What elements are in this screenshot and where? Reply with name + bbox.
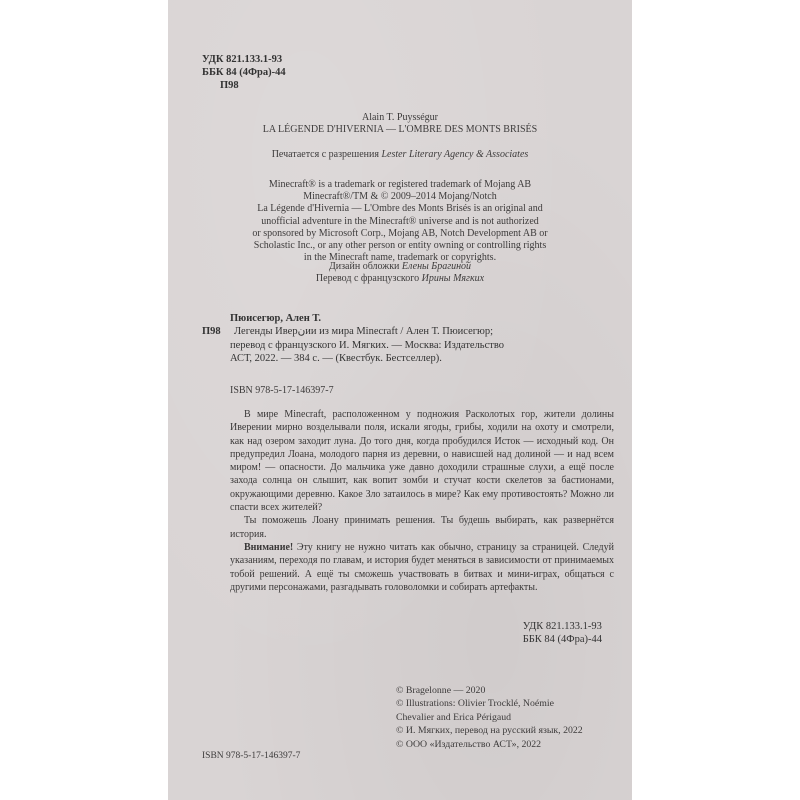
permission-prefix: Печатается с разрешения [272, 149, 382, 160]
trademark-line: Minecraft®/TM & © 2009–2014 Mojang/Notch [196, 191, 604, 203]
copyright-line: Chevalier and Erica Périgaud [396, 711, 616, 724]
catalog-line: перевод с французского И. Мягких. — Моск… [202, 339, 614, 352]
trademark-line: Scholastic Inc., or any other person or … [196, 240, 604, 252]
book-imprint-page: УДК 821.133.1-93 ББК 84 (4Фра)-44 П98 Al… [168, 0, 632, 800]
catalog-row: П98 Легенды Иверنии из мира Minecraft / … [202, 325, 614, 338]
catalog-index: П98 [202, 325, 230, 338]
bbk-code: ББК 84 (4Фра)-44 [523, 633, 602, 646]
udk-code: УДК 821.133.1-93 [523, 620, 602, 633]
permission-agency: Lester Literary Agency & Associates [381, 149, 528, 160]
trademark-notice: Minecraft® is a trademark or registered … [196, 179, 604, 264]
annotation-paragraph: Внимание! Эту книгу не нужно читать как … [230, 541, 614, 594]
catalog-record: Пюисегюр, Ален Т. П98 Легенды Иверنии из… [202, 312, 614, 366]
cover-design-label: Дизайн обложки [329, 261, 402, 272]
cover-design-credit: Дизайн обложки Елены Брагиной [168, 261, 632, 273]
copyright-line: © ООО «Издательство АСТ», 2022 [396, 738, 616, 751]
bbk-code: ББК 84 (4Фра)-44 [202, 66, 286, 79]
copyright-line: © Illustrations: Olivier Trocklé, Noémie [396, 697, 616, 710]
original-title-block: Alain T. Puysségur LA LÉGENDE D'HIVERNIA… [168, 112, 632, 136]
copyright-line: © Bragelonne — 2020 [396, 684, 616, 697]
udk-header: УДК 821.133.1-93 ББК 84 (4Фра)-44 П98 [202, 53, 286, 92]
isbn-bottom: ISBN 978-5-17-146397-7 [202, 751, 300, 761]
catalog-author: Пюисегюр, Ален Т. [202, 312, 614, 325]
udk-code: УДК 821.133.1-93 [202, 53, 286, 66]
translation-credit: Перевод с французского Ирины Мягких [168, 273, 632, 285]
original-title: LA LÉGENDE D'HIVERNIA — L'OMBRE DES MONT… [168, 124, 632, 136]
copyright-line: © И. Мягких, перевод на русский язык, 20… [396, 724, 616, 737]
permission-line: Печатается с разрешения Lester Literary … [168, 149, 632, 161]
attention-label: Внимание! [244, 542, 293, 553]
translator-name: Ирины Мягких [422, 273, 484, 284]
original-author: Alain T. Puysségur [168, 112, 632, 124]
translation-label: Перевод с французского [316, 273, 422, 284]
catalog-line: АСТ, 2022. — 384 с. — (Квестбук. Бестсел… [202, 352, 614, 365]
annotation-paragraph: Ты поможешь Лоану принимать решения. Ты … [230, 514, 614, 541]
cover-designer-name: Елены Брагиной [402, 261, 471, 272]
author-code: П98 [202, 79, 286, 92]
annotation-paragraph: В мире Minecraft, расположенном у поднож… [230, 408, 614, 514]
credits-block: Дизайн обложки Елены Брагиной Перевод с … [168, 261, 632, 285]
trademark-line: La Légende d'Hivernia — L'Ombre des Mont… [196, 203, 604, 215]
trademark-line: Minecraft® is a trademark or registered … [196, 179, 604, 191]
udk-footer: УДК 821.133.1-93 ББК 84 (4Фра)-44 [523, 620, 602, 647]
catalog-line: Легенды Иверنии из мира Minecraft / Ален… [230, 325, 614, 338]
trademark-line: unofficial adventure in the Minecraft® u… [196, 216, 604, 228]
annotation: В мире Minecraft, расположенном у поднож… [230, 408, 614, 594]
trademark-line: or sponsored by Microsoft Corp., Mojang … [196, 228, 604, 240]
copyright-block: © Bragelonne — 2020 © Illustrations: Oli… [396, 684, 616, 751]
isbn-top: ISBN 978-5-17-146397-7 [230, 385, 334, 396]
